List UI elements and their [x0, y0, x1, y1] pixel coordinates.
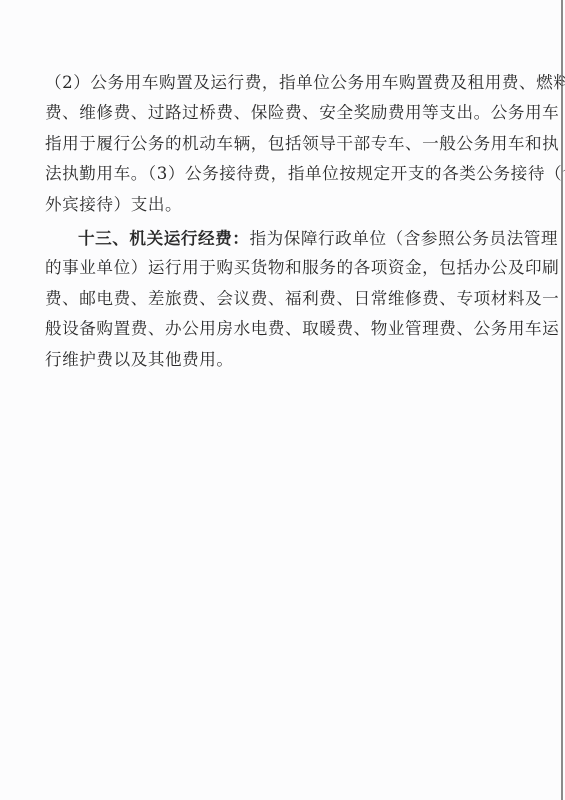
- scan-edge-line: [561, 0, 563, 800]
- paragraph-vehicle-and-reception-expenses: （2）公务用车购置及运行费，指单位公务用车购置费及租用费、燃料 费、维修费、过路…: [45, 68, 507, 220]
- text-line: （2）公务用车购置及运行费，指单位公务用车购置费及租用费、燃料: [45, 68, 507, 98]
- text-line: 法执勤用车。（3）公务接待费，指单位按规定开支的各类公务接待（含: [45, 159, 507, 189]
- text-line-first: 十三、机关运行经费：指为保障行政单位（含参照公务员法管理: [45, 223, 507, 253]
- text-line: 般设备购置费、办公用房水电费、取暖费、物业管理费、公务用车运: [45, 314, 507, 344]
- scanned-page: （2）公务用车购置及运行费，指单位公务用车购置费及租用费、燃料 费、维修费、过路…: [0, 0, 565, 800]
- text-line: 费、邮电费、差旅费、会议费、福利费、日常维修费、专项材料及一: [45, 284, 507, 314]
- text-line: 费、维修费、过路过桥费、保险费、安全奖励费用等支出。公务用车: [45, 98, 507, 128]
- text-line: 指用于履行公务的机动车辆，包括领导干部专车、一般公务用车和执: [45, 129, 507, 159]
- paragraph-section-13: 十三、机关运行经费：指为保障行政单位（含参照公务员法管理 的事业单位）运行用于购…: [45, 223, 507, 375]
- section-heading-continuation: 指为保障行政单位（含参照公务员法管理: [249, 229, 558, 248]
- text-line: 行维护费以及其他费用。: [45, 345, 507, 375]
- text-line: 外宾接待）支出。: [45, 190, 507, 220]
- text-line: 的事业单位）运行用于购买货物和服务的各项资金，包括办公及印刷: [45, 253, 507, 283]
- section-heading: 十三、机关运行经费：: [78, 228, 249, 248]
- document-body: （2）公务用车购置及运行费，指单位公务用车购置费及租用费、燃料 费、维修费、过路…: [45, 68, 507, 375]
